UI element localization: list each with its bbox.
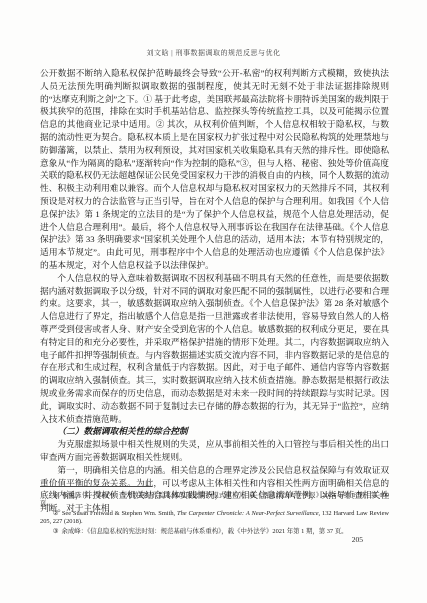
footnote-marker: ③ xyxy=(53,528,59,535)
footnote-text: See Susan Freiwald & Stephen Wm. Smith, xyxy=(62,510,177,517)
footnote: ①参见陈伟、邹雨岑：《大数据时代隐私权的刑法保护模式重构》，载《西南政法大学学报… xyxy=(40,492,389,509)
scanned-paper-page: 刘文晗 | 刑事数据调取的规范反思与优化 公开数据不断纳入隐私权保护范畴最终会导… xyxy=(0,0,427,603)
footnote-marker: ② xyxy=(53,510,59,517)
footnote-text: 参见陈伟、邹雨岑：《大数据时代隐私权的刑法保护模式重构》，载《西南政法大学学报》… xyxy=(40,492,389,507)
body-paragraph: 个人信息权的导入意味着数据调取不因权利基础不明具有天然的任意性，而是要依据数据内… xyxy=(40,272,389,426)
footnote-block: ①参见陈伟、邹雨岑：《大数据时代隐私权的刑法保护模式重构》，载《西南政法大学学报… xyxy=(40,486,389,537)
section-heading: （二）数据调取相关性的综合控制 xyxy=(40,425,389,438)
body-paragraph: 公开数据不断纳入隐私权保护范畴最终会导致“公开-私密”的权利判断方式模糊，致使执… xyxy=(40,67,389,272)
body-text-block: 公开数据不断纳入隐私权保护范畴最终会导致“公开-私密”的权利判断方式模糊，致使执… xyxy=(40,67,389,515)
page-number: 205 xyxy=(352,535,363,544)
footnote-text: 余成峰：《信息隐私权的宪法时刻：规范基础与体系重构》，载《中外法学》2021 年… xyxy=(62,528,348,535)
body-paragraph: 为克服虚拟场景中相关性规则的失灵，应从事前相关性的入口管控与事后相关性的出口审查… xyxy=(40,438,389,464)
running-header: 刘文晗 | 刑事数据调取的规范反思与优化 xyxy=(0,48,427,58)
footnote-citation-title: The Carpenter Chronicle: A Near-Perfect … xyxy=(177,510,319,517)
footnote-marker: ① xyxy=(53,492,59,499)
footnote: ②See Susan Freiwald & Stephen Wm. Smith,… xyxy=(40,510,389,527)
footnote: ③余成峰：《信息隐私权的宪法时刻：规范基础与体系重构》，载《中外法学》2021 … xyxy=(40,528,389,536)
footnote-divider xyxy=(40,486,152,487)
